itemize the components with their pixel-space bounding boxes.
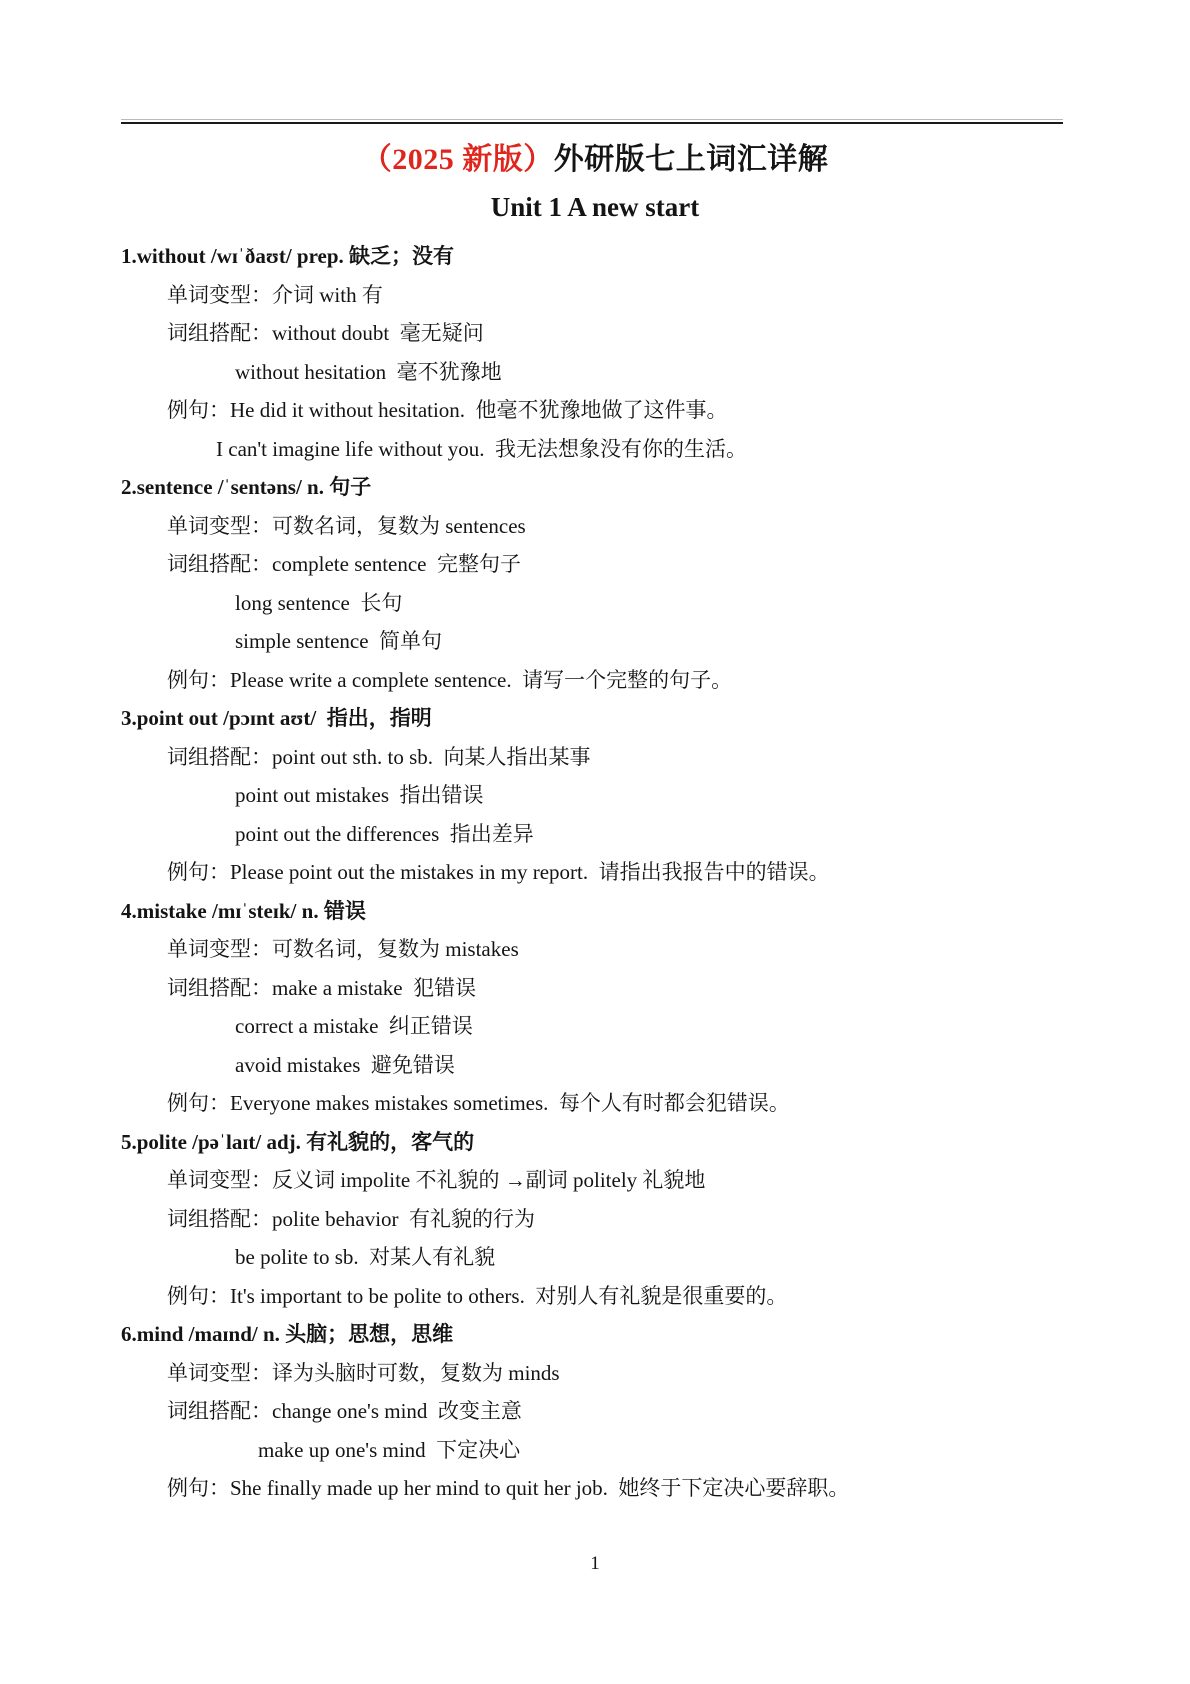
example-cont-line: I can't imagine life without you. 我无法想象没… bbox=[121, 430, 1071, 469]
example-line: 例句：It's important to be polite to others… bbox=[121, 1277, 1071, 1316]
entry-heading: 6.mind /maɪnd/ n. 头脑；思想，思维 bbox=[121, 1315, 1071, 1354]
collocation-phrase-line: be polite to sb. 对某人有礼貌 bbox=[121, 1238, 1071, 1277]
collocation-phrase-line: correct a mistake 纠正错误 bbox=[121, 1007, 1071, 1046]
example-line: 例句：Everyone makes mistakes sometimes. 每个… bbox=[121, 1084, 1071, 1123]
collocations-line: 词组搭配：without doubt 毫无疑问 bbox=[121, 314, 1071, 353]
example-line: 例句：She finally made up her mind to quit … bbox=[121, 1469, 1071, 1508]
example-line: 例句：Please write a complete sentence. 请写一… bbox=[121, 661, 1071, 700]
collocations-line: 词组搭配：polite behavior 有礼貌的行为 bbox=[121, 1200, 1071, 1239]
page-number: 1 bbox=[0, 1553, 1190, 1575]
document-title: （2025 新版）外研版七上词汇详解 bbox=[0, 134, 1190, 178]
entry-heading: 5.polite /pəˈlaɪt/ adj. 有礼貌的，客气的 bbox=[121, 1123, 1071, 1162]
collocation-phrase-line: without hesitation 毫不犹豫地 bbox=[121, 353, 1071, 392]
collocation-phrase-line: simple sentence 简单句 bbox=[121, 622, 1071, 661]
header-rule-light bbox=[121, 119, 1063, 120]
vocab-entry: 3.point out /pɔɪnt aʊt/ 指出，指明词组搭配：point … bbox=[121, 699, 1071, 892]
vocab-entry: 2.sentence /ˈsentəns/ n. 句子单词变型：可数名词，复数为… bbox=[121, 468, 1071, 699]
header-rule-dark bbox=[121, 122, 1063, 124]
entry-heading: 1.without /wɪˈðaʊt/ prep. 缺乏；没有 bbox=[121, 237, 1071, 276]
vocab-entry: 6.mind /maɪnd/ n. 头脑；思想，思维单词变型：译为头脑时可数，复… bbox=[121, 1315, 1071, 1508]
document-page: （2025 新版）外研版七上词汇详解 Unit 1 A new start 1.… bbox=[0, 0, 1190, 1684]
document-title-main: 外研版七上词汇详解 bbox=[554, 143, 829, 176]
vocab-list: 1.without /wɪˈðaʊt/ prep. 缺乏；没有单词变型：介词 w… bbox=[121, 237, 1071, 1508]
vocab-entry: 4.mistake /mɪˈsteɪk/ n. 错误单词变型：可数名词，复数为 … bbox=[121, 892, 1071, 1123]
collocations-line: 词组搭配：make a mistake 犯错误 bbox=[121, 969, 1071, 1008]
header-rule bbox=[121, 119, 1063, 124]
entry-heading: 4.mistake /mɪˈsteɪk/ n. 错误 bbox=[121, 892, 1071, 931]
vocab-entry: 1.without /wɪˈðaʊt/ prep. 缺乏；没有单词变型：介词 w… bbox=[121, 237, 1071, 468]
word-forms-line: 单词变型：介词 with 有 bbox=[121, 276, 1071, 315]
collocation-phrase-line: point out the differences 指出差异 bbox=[121, 815, 1071, 854]
document-title-edition: （2025 新版） bbox=[362, 143, 554, 176]
word-forms-line: 单词变型：译为头脑时可数，复数为 minds bbox=[121, 1354, 1071, 1393]
entry-heading: 3.point out /pɔɪnt aʊt/ 指出，指明 bbox=[121, 699, 1071, 738]
word-forms-line: 单词变型：可数名词，复数为 sentences bbox=[121, 507, 1071, 546]
word-forms-line: 单词变型：反义词 impolite 不礼貌的 →副词 politely 礼貌地 bbox=[121, 1161, 1071, 1200]
word-forms-line: 单词变型：可数名词，复数为 mistakes bbox=[121, 930, 1071, 969]
collocations-line: 词组搭配：change one's mind 改变主意 bbox=[121, 1392, 1071, 1431]
unit-title: Unit 1 A new start bbox=[0, 192, 1190, 223]
vocab-entry: 5.polite /pəˈlaɪt/ adj. 有礼貌的，客气的单词变型：反义词… bbox=[121, 1123, 1071, 1316]
collocation-phrase-line: avoid mistakes 避免错误 bbox=[121, 1046, 1071, 1085]
entry-heading: 2.sentence /ˈsentəns/ n. 句子 bbox=[121, 468, 1071, 507]
collocations-line: 词组搭配：complete sentence 完整句子 bbox=[121, 545, 1071, 584]
collocation-phrase-line: point out mistakes 指出错误 bbox=[121, 776, 1071, 815]
collocation-phrase-line: make up one's mind 下定决心 bbox=[121, 1431, 1071, 1470]
example-line: 例句：He did it without hesitation. 他毫不犹豫地做… bbox=[121, 391, 1071, 430]
collocations-line: 词组搭配：point out sth. to sb. 向某人指出某事 bbox=[121, 738, 1071, 777]
collocation-phrase-line: long sentence 长句 bbox=[121, 584, 1071, 623]
example-line: 例句：Please point out the mistakes in my r… bbox=[121, 853, 1071, 892]
